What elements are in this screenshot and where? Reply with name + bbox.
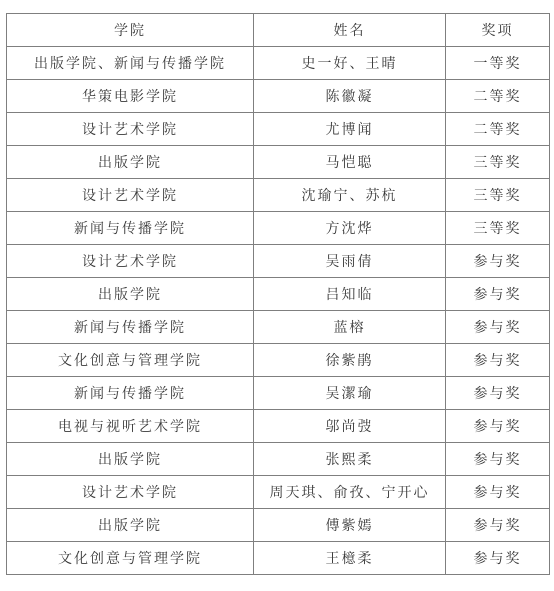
name-cell: 吴潔瑜 bbox=[254, 377, 446, 410]
award-cell: 参与奖 bbox=[446, 410, 550, 443]
awards-table-header: 学院 姓名 奖项 bbox=[7, 14, 550, 47]
awards-table: 学院 姓名 奖项 出版学院、新闻与传播学院史一好、王晴一等奖华策电影学院陈徽凝二… bbox=[6, 13, 550, 575]
college-cell: 设计艺术学院 bbox=[7, 179, 254, 212]
college-cell: 出版学院 bbox=[7, 278, 254, 311]
table-row: 设计艺术学院沈瑜宁、苏杭三等奖 bbox=[7, 179, 550, 212]
name-cell: 史一好、王晴 bbox=[254, 47, 446, 80]
name-cell: 吴雨倩 bbox=[254, 245, 446, 278]
award-cell: 参与奖 bbox=[446, 509, 550, 542]
award-cell: 二等奖 bbox=[446, 113, 550, 146]
table-row: 设计艺术学院吴雨倩参与奖 bbox=[7, 245, 550, 278]
college-cell: 新闻与传播学院 bbox=[7, 311, 254, 344]
college-cell: 新闻与传播学院 bbox=[7, 377, 254, 410]
award-cell: 参与奖 bbox=[446, 377, 550, 410]
name-cell: 沈瑜宁、苏杭 bbox=[254, 179, 446, 212]
table-row: 出版学院张熙柔参与奖 bbox=[7, 443, 550, 476]
name-cell: 傅紫嫣 bbox=[254, 509, 446, 542]
college-cell: 出版学院 bbox=[7, 146, 254, 179]
award-cell: 参与奖 bbox=[446, 476, 550, 509]
college-cell: 出版学院 bbox=[7, 443, 254, 476]
header-row: 学院 姓名 奖项 bbox=[7, 14, 550, 47]
college-cell: 文化创意与管理学院 bbox=[7, 344, 254, 377]
award-cell: 参与奖 bbox=[446, 245, 550, 278]
name-cell: 邬尚弢 bbox=[254, 410, 446, 443]
table-row: 设计艺术学院尤博闻二等奖 bbox=[7, 113, 550, 146]
name-cell: 周天琪、俞孜、宁开心 bbox=[254, 476, 446, 509]
award-cell: 参与奖 bbox=[446, 278, 550, 311]
name-cell: 方沈烨 bbox=[254, 212, 446, 245]
award-cell: 参与奖 bbox=[446, 311, 550, 344]
college-cell: 电视与视听艺术学院 bbox=[7, 410, 254, 443]
table-row: 出版学院吕知临参与奖 bbox=[7, 278, 550, 311]
column-header-award: 奖项 bbox=[446, 14, 550, 47]
table-row: 新闻与传播学院吴潔瑜参与奖 bbox=[7, 377, 550, 410]
college-cell: 出版学院 bbox=[7, 509, 254, 542]
name-cell: 吕知临 bbox=[254, 278, 446, 311]
column-header-name: 姓名 bbox=[254, 14, 446, 47]
name-cell: 张熙柔 bbox=[254, 443, 446, 476]
name-cell: 蓝榕 bbox=[254, 311, 446, 344]
award-cell: 一等奖 bbox=[446, 47, 550, 80]
award-cell: 参与奖 bbox=[446, 443, 550, 476]
name-cell: 马恺聪 bbox=[254, 146, 446, 179]
name-cell: 陈徽凝 bbox=[254, 80, 446, 113]
awards-table-body: 出版学院、新闻与传播学院史一好、王晴一等奖华策电影学院陈徽凝二等奖设计艺术学院尤… bbox=[7, 47, 550, 575]
name-cell: 徐紫鹃 bbox=[254, 344, 446, 377]
table-row: 出版学院傅紫嫣参与奖 bbox=[7, 509, 550, 542]
table-row: 新闻与传播学院蓝榕参与奖 bbox=[7, 311, 550, 344]
column-header-college: 学院 bbox=[7, 14, 254, 47]
table-row: 文化创意与管理学院徐紫鹃参与奖 bbox=[7, 344, 550, 377]
college-cell: 华策电影学院 bbox=[7, 80, 254, 113]
college-cell: 新闻与传播学院 bbox=[7, 212, 254, 245]
table-row: 华策电影学院陈徽凝二等奖 bbox=[7, 80, 550, 113]
table-row: 出版学院、新闻与传播学院史一好、王晴一等奖 bbox=[7, 47, 550, 80]
name-cell: 尤博闻 bbox=[254, 113, 446, 146]
college-cell: 出版学院、新闻与传播学院 bbox=[7, 47, 254, 80]
award-cell: 参与奖 bbox=[446, 344, 550, 377]
college-cell: 设计艺术学院 bbox=[7, 245, 254, 278]
award-cell: 二等奖 bbox=[446, 80, 550, 113]
document-page: 学院 姓名 奖项 出版学院、新闻与传播学院史一好、王晴一等奖华策电影学院陈徽凝二… bbox=[0, 0, 554, 591]
table-row: 电视与视听艺术学院邬尚弢参与奖 bbox=[7, 410, 550, 443]
award-cell: 三等奖 bbox=[446, 146, 550, 179]
table-row: 设计艺术学院周天琪、俞孜、宁开心参与奖 bbox=[7, 476, 550, 509]
college-cell: 设计艺术学院 bbox=[7, 113, 254, 146]
award-cell: 三等奖 bbox=[446, 179, 550, 212]
college-cell: 文化创意与管理学院 bbox=[7, 542, 254, 575]
name-cell: 王檍柔 bbox=[254, 542, 446, 575]
table-row: 出版学院马恺聪三等奖 bbox=[7, 146, 550, 179]
table-row: 新闻与传播学院方沈烨三等奖 bbox=[7, 212, 550, 245]
award-cell: 参与奖 bbox=[446, 542, 550, 575]
college-cell: 设计艺术学院 bbox=[7, 476, 254, 509]
award-cell: 三等奖 bbox=[446, 212, 550, 245]
table-row: 文化创意与管理学院王檍柔参与奖 bbox=[7, 542, 550, 575]
